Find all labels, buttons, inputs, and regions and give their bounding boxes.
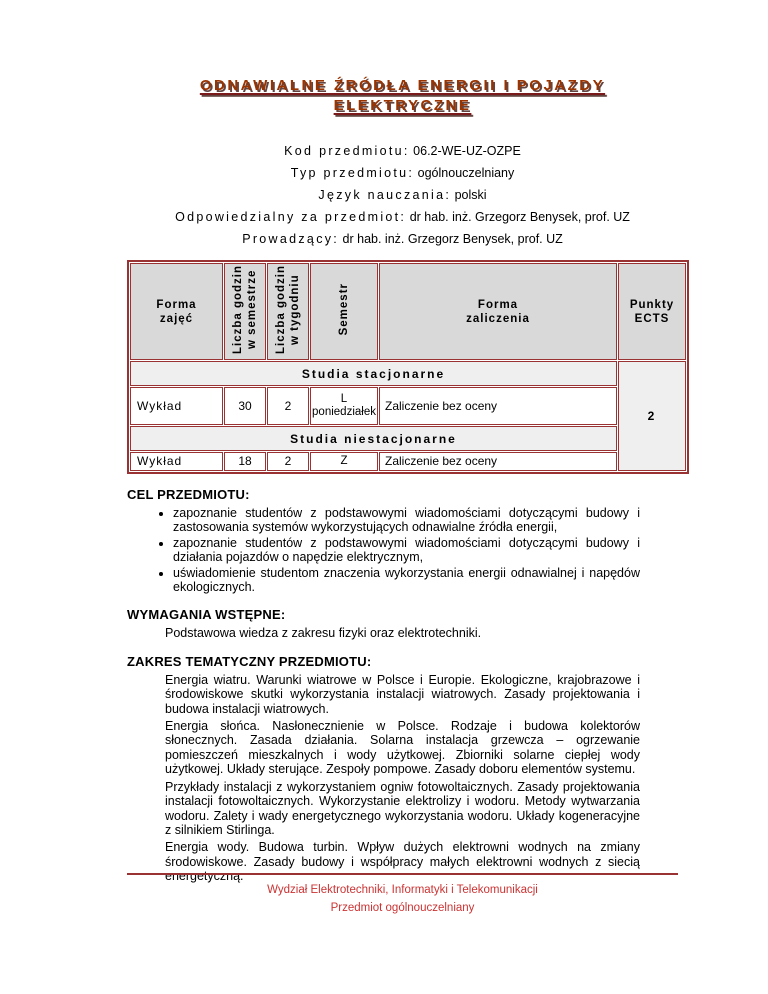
meta-label: Typ przedmiotu: xyxy=(291,166,414,180)
course-meta-block: Kod przedmiotu: 06.2-WE-UZ-OZPE Typ prze… xyxy=(127,140,678,250)
cell-zaliczenie: Zaliczenie bez oceny xyxy=(379,387,617,425)
meta-label: Prowadzący: xyxy=(242,232,339,246)
section-heading: CEL PRZEDMIOTU: xyxy=(127,487,678,502)
table-row-niestacjonarne: Wykład 18 2 Z Zaliczenie bez oceny xyxy=(130,452,686,471)
header-godziny-semestr: Liczba godzin w semestrze xyxy=(224,263,266,360)
cell-semestr: L poniedziałek xyxy=(310,387,378,425)
meta-label: Język nauczania: xyxy=(318,188,451,202)
page-footer: Wydział Elektrotechniki, Informatyki i T… xyxy=(127,873,678,917)
meta-row-prowadzacy: Prowadzący: dr hab. inż. Grzegorz Benyse… xyxy=(127,228,678,250)
header-godziny-tydzien: Liczba godzin w tygodniu xyxy=(267,263,309,360)
band-label: Studia niestacjonarne xyxy=(130,426,617,451)
header-forma-zaliczenia: Forma zaliczenia xyxy=(379,263,617,360)
syllabus-page: ODNAWIALNE ŹRÓDŁA ENERGII I POJAZDY ELEK… xyxy=(0,0,768,994)
cel-bullet-list: zapoznanie studentów z podstawowymi wiad… xyxy=(127,506,678,594)
section-zakres-tematyczny: ZAKRES TEMATYCZNY PRZEDMIOTU: Energia wi… xyxy=(127,654,678,884)
band-row-stacjonarne: Studia stacjonarne 2 xyxy=(130,361,686,386)
meta-label: Odpowiedzialny za przedmiot: xyxy=(175,210,406,224)
cell-godziny-semestr: 18 xyxy=(224,452,266,471)
table-header-row: Forma zajęć Liczba godzin w semestrze Li… xyxy=(130,263,686,360)
meta-value: polski xyxy=(455,188,487,202)
header-forma-zajec: Forma zajęć xyxy=(130,263,223,360)
table-row-stacjonarne: Wykład 30 2 L poniedziałek Zaliczenie be… xyxy=(130,387,686,425)
cell-zaliczenie: Zaliczenie bez oceny xyxy=(379,452,617,471)
document-title: ODNAWIALNE ŹRÓDŁA ENERGII I POJAZDY ELEK… xyxy=(168,76,638,116)
vertical-header-text: Liczba godzin w tygodniu xyxy=(274,265,302,354)
band-row-niestacjonarne: Studia niestacjonarne xyxy=(130,426,686,451)
footer-faculty: Wydział Elektrotechniki, Informatyki i T… xyxy=(127,881,678,899)
cell-semestr: Z xyxy=(310,452,378,471)
bullet-item: zapoznanie studentów z podstawowymi wiad… xyxy=(173,506,640,535)
cell-godziny-semestr: 30 xyxy=(224,387,266,425)
cell-forma: Wykład xyxy=(130,452,223,471)
vertical-header-text: Liczba godzin w semestrze xyxy=(231,265,259,354)
footer-course-type: Przedmiot ogólnouczelniany xyxy=(127,899,678,917)
band-label: Studia stacjonarne xyxy=(130,361,617,386)
bullet-item: uświadomienie studentom znaczenia wykorz… xyxy=(173,566,640,595)
cell-forma: Wykład xyxy=(130,387,223,425)
section-text: Podstawowa wiedza z zakresu fizyki oraz … xyxy=(165,626,640,640)
section-wymagania-wstepne: WYMAGANIA WSTĘPNE: Podstawowa wiedza z z… xyxy=(127,607,678,640)
meta-label: Kod przedmiotu: xyxy=(284,144,410,158)
cell-godziny-tydzien: 2 xyxy=(267,452,309,471)
meta-value: dr hab. inż. Grzegorz Benysek, prof. UZ xyxy=(410,210,630,224)
section-cel-przedmiotu: CEL PRZEDMIOTU: zapoznanie studentów z p… xyxy=(127,487,678,594)
page-content: ODNAWIALNE ŹRÓDŁA ENERGII I POJAZDY ELEK… xyxy=(127,0,678,887)
cell-godziny-tydzien: 2 xyxy=(267,387,309,425)
vertical-header-text: Semestr xyxy=(337,283,351,335)
meta-row-odpowiedzialny: Odpowiedzialny za przedmiot: dr hab. inż… xyxy=(127,206,678,228)
meta-row-jezyk: Język nauczania: polski xyxy=(127,184,678,206)
section-heading: WYMAGANIA WSTĘPNE: xyxy=(127,607,678,622)
meta-row-kod: Kod przedmiotu: 06.2-WE-UZ-OZPE xyxy=(127,140,678,162)
section-paragraph: Przykłady instalacji z wykorzystaniem og… xyxy=(165,780,640,838)
meta-value: dr hab. inż. Grzegorz Benysek, prof. UZ xyxy=(343,232,563,246)
section-paragraph: Energia wiatru. Warunki wiatrowe w Polsc… xyxy=(165,673,640,716)
course-schedule-table: Forma zajęć Liczba godzin w semestrze Li… xyxy=(127,260,689,474)
meta-value: ogólnouczelniany xyxy=(418,166,515,180)
meta-row-typ: Typ przedmiotu: ogólnouczelniany xyxy=(127,162,678,184)
section-heading: ZAKRES TEMATYCZNY PRZEDMIOTU: xyxy=(127,654,678,669)
bullet-item: zapoznanie studentów z podstawowymi wiad… xyxy=(173,536,640,565)
footer-divider xyxy=(127,873,678,875)
header-punkty-ects: Punkty ECTS xyxy=(618,263,686,360)
meta-value: 06.2-WE-UZ-OZPE xyxy=(413,144,521,158)
header-semestr: Semestr xyxy=(310,263,378,360)
section-paragraph: Energia słońca. Nasłonecznienie w Polsce… xyxy=(165,719,640,777)
ects-value-cell: 2 xyxy=(618,361,686,471)
